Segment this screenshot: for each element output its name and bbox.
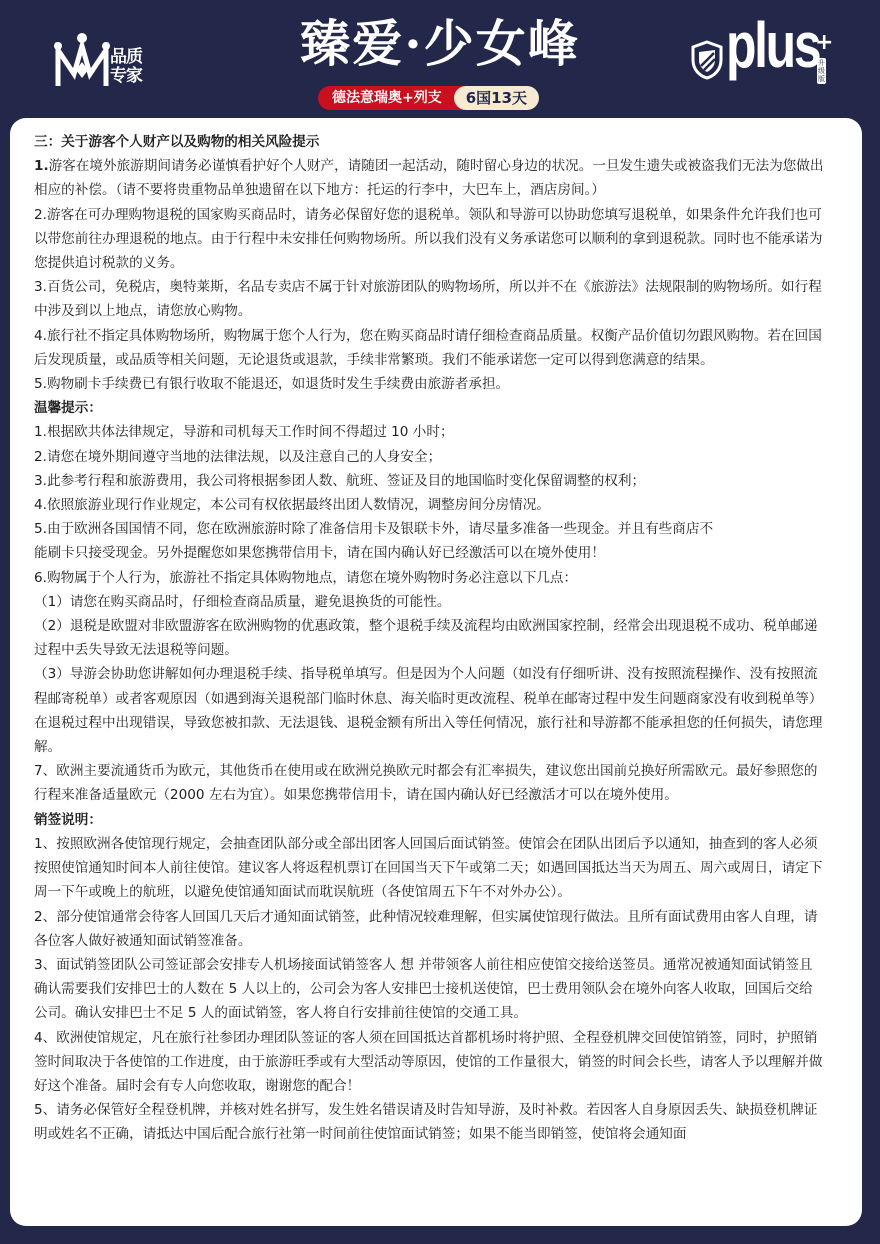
paragraph: 4.依照旅游业现行作业规定，本公司有权依据最终出团人数情况，调整房间分房情况。 [34,493,826,517]
plus-sign: + [815,30,833,55]
shield-icon [690,40,724,80]
paragraph: 4.旅行社不指定具体购物场所，购物属于您个人行为，您在购买商品时请仔细检查商品质… [34,324,826,372]
paragraph: （1）请您在购买商品时，仔细检查商品质量，避免退换货的可能性。 [34,590,826,614]
paragraph: 4、欧洲使馆规定，凡在旅行社参团办理团队签证的客人须在回国抵达首都机场时将护照、… [34,1026,826,1099]
paragraph: 3.百货公司，免税店，奥特莱斯，名品专卖店不属于针对旅游团队的购物场所，所以并不… [34,275,826,323]
paragraph-number: 1. [34,158,49,174]
section-heading-tips: 温馨提示： [34,396,826,420]
route-countries: 德法意瑞奥+列支 [318,86,468,110]
paragraph: （3）导游会协助您讲解如何办理退税手续、指导税单填写。但是因为个人问题（如没有仔… [34,662,826,759]
paragraph: 2.请您在境外期间遵守当地的法律法规，以及注意自己的人身安全； [34,445,826,469]
crown-icon [52,30,112,90]
plus-logo: plus + 升级版 [690,14,860,94]
paragraph: 2.游客在可办理购物退税的国家购买商品时，请务必保留好您的退税单。领队和导游可以… [34,203,826,276]
plus-wordmark: plus [726,8,819,82]
paragraph: 1.根据欧共体法律规定，导游和司机每天工作时间不得超过 10 小时； [34,420,826,444]
paragraph: （2）退税是欧盟对非欧盟游客在欧洲购物的优惠政策，整个退税手续及流程均由欧洲国家… [34,614,826,662]
route-badge: 德法意瑞奥+列支 6国13天 [318,86,539,110]
paragraph: 5、请务必保管好全程登机牌，并核对姓名拼写，发生姓名错误请及时告知导游，及时补救… [34,1098,826,1146]
paragraph: 5.购物刷卡手续费已有银行收取不能退还，如退货时发生手续费由旅游者承担。 [34,372,826,396]
paragraph: 3、面试销签团队公司签证部会安排专人机场接面试销签客人 想 并带领客人前往相应使… [34,953,826,1026]
paragraph: 1.游客在境外旅游期间请务必谨慎看护好个人财产，请随团一起活动，随时留心身边的状… [34,154,826,202]
paragraph: 7、欧洲主要流通货币为欧元，其他货币在使用或在欧洲兑换欧元时都会有汇率损失，建议… [34,759,826,807]
paragraph: 6.购物属于个人行为，旅游社不指定具体购物地点，请您在境外购物时务必注意以下几点… [34,566,826,590]
section-heading-shopping-risk: 三：关于游客个人财产以及购物的相关风险提示 [34,130,826,154]
paragraph: 5.由于欧洲各国国情不同，您在欧洲旅游时除了准备信用卡及银联卡外，请尽量多准备一… [34,517,826,541]
upgrade-badge: 升级版 [817,58,826,84]
page-header: 品质 专家 臻爱·少女峰 德法意瑞奥+列支 6国13天 plus + 升级版 [0,0,880,118]
paragraph: 3.此参考行程和旅游费用，我公司将根据参团人数、航班、签证及目的地国临时变化保留… [34,469,826,493]
paragraph: 2、部分使馆通常会待客人回国几天后才通知面试销签，此种情况较难理解，但实属使馆现… [34,905,826,953]
brand-logo-left: 品质 专家 [52,30,162,90]
brand-text-line1: 品质 [110,48,142,67]
section-heading-visa-cancellation: 销签说明： [34,808,826,832]
document-body: 三：关于游客个人财产以及购物的相关风险提示 1.游客在境外旅游期间请务必谨慎看护… [34,130,826,1147]
trip-duration: 6国13天 [454,86,539,110]
paragraph-text: 游客在境外旅游期间请务必谨慎看护好个人财产，请随团一起活动，随时留心身边的状况。… [34,158,823,198]
brand-text: 品质 专家 [110,48,142,86]
paragraph: 1、按照欧洲各使馆现行规定，会抽查团队部分或全部出团客人回国后面试销签。使馆会在… [34,832,826,905]
paragraph: 能刷卡只接受现金。另外提醒您如果您携带信用卡，请在国内确认好已经激活可以在境外使… [34,541,826,565]
brand-text-line2: 专家 [110,67,142,86]
page-title: 臻爱·少女峰 [290,8,590,80]
